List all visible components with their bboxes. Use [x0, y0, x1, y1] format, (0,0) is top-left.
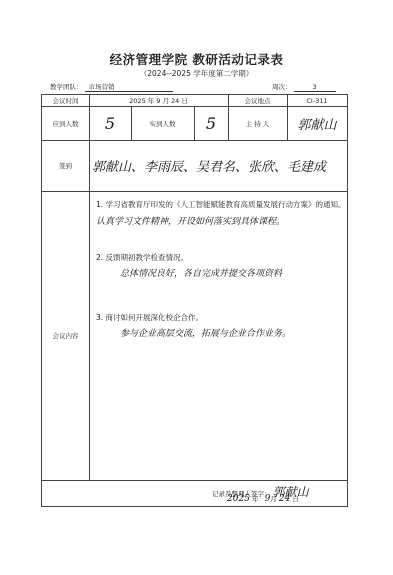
date-day: 24 [279, 494, 290, 504]
meeting-time-label: 会议时间 [42, 95, 89, 106]
date-day-unit: 日 [292, 495, 299, 503]
content-item-handwritten: 参与企业高层交流，拓展与企业合作业务。 [96, 326, 346, 343]
signin-signatures: 郭献山、李雨辰、吴君名、张欣、毛建成 [92, 140, 362, 191]
date-month-unit: 月 [270, 495, 277, 503]
content-item-2: 2. 反馈期初教学检查情况。 总体情况良好，各自完成并提交各项资料 [96, 249, 346, 283]
actual-count-label: 实到人数 [131, 106, 194, 140]
signin-label: 签到 [42, 140, 89, 191]
document-subtitle: （2024--2025 学年度第二学期） [0, 68, 393, 79]
meeting-location-label: 会议地点 [228, 95, 287, 106]
actual-count-value: 5 [194, 106, 228, 140]
host-label: 主 持 人 [228, 106, 287, 140]
content-item-handwritten: 总体情况良好，各自完成并提交各项资料 [96, 266, 346, 283]
host-signature: 郭献山 [287, 106, 347, 140]
meeting-content-label: 会议内容 [42, 191, 89, 480]
week-label: 周次： [272, 83, 292, 91]
week-value: 3 [294, 83, 336, 92]
record-date: 2025 年 9月 24 日 [227, 494, 299, 504]
expected-count-label: 应到人数 [42, 106, 89, 140]
document-title: 经济管理学院 教研活动记录表 [0, 50, 393, 68]
meeting-time-value: 2025 年 9 月 24 日 [89, 95, 228, 106]
content-item-printed: 2. 反馈期初教学检查情况。 [96, 249, 346, 266]
date-year: 2025 [227, 494, 250, 504]
date-year-unit: 年 [252, 495, 259, 503]
content-item-1: 1. 学习省教育厅印发的《人工智能赋能教育高质量发展行动方案》的通知。 认真学习… [96, 196, 346, 231]
team-label: 教学团队： [50, 83, 83, 91]
record-table: 会议时间 2025 年 9 月 24 日 会议地点 CI-311 应到人数 5 … [41, 94, 348, 507]
meeting-location-value: CI-311 [287, 95, 347, 106]
meeting-content-body: 1. 学习省教育厅印发的《人工智能赋能教育高质量发展行动方案》的通知。 认真学习… [96, 196, 346, 343]
content-item-3: 3. 商讨如何开展深化校企合作。 参与企业高层交流，拓展与企业合作业务。 [96, 309, 346, 343]
week-field: 周次： 3 [272, 82, 336, 92]
content-item-handwritten: 认真学习文件精神，开设如何落实到具体课程。 [96, 217, 285, 227]
content-item-printed: 1. 学习省教育厅印发的《人工智能赋能教育高质量发展行动方案》的通知。 [96, 200, 346, 209]
col-divider [89, 95, 90, 480]
content-item-printed: 3. 商讨如何开展深化校企合作。 [96, 309, 346, 326]
expected-count-value: 5 [89, 106, 131, 140]
team-field: 教学团队： 市场营销 [50, 82, 173, 92]
row-divider [42, 480, 347, 481]
team-value: 市场营销 [85, 82, 173, 92]
